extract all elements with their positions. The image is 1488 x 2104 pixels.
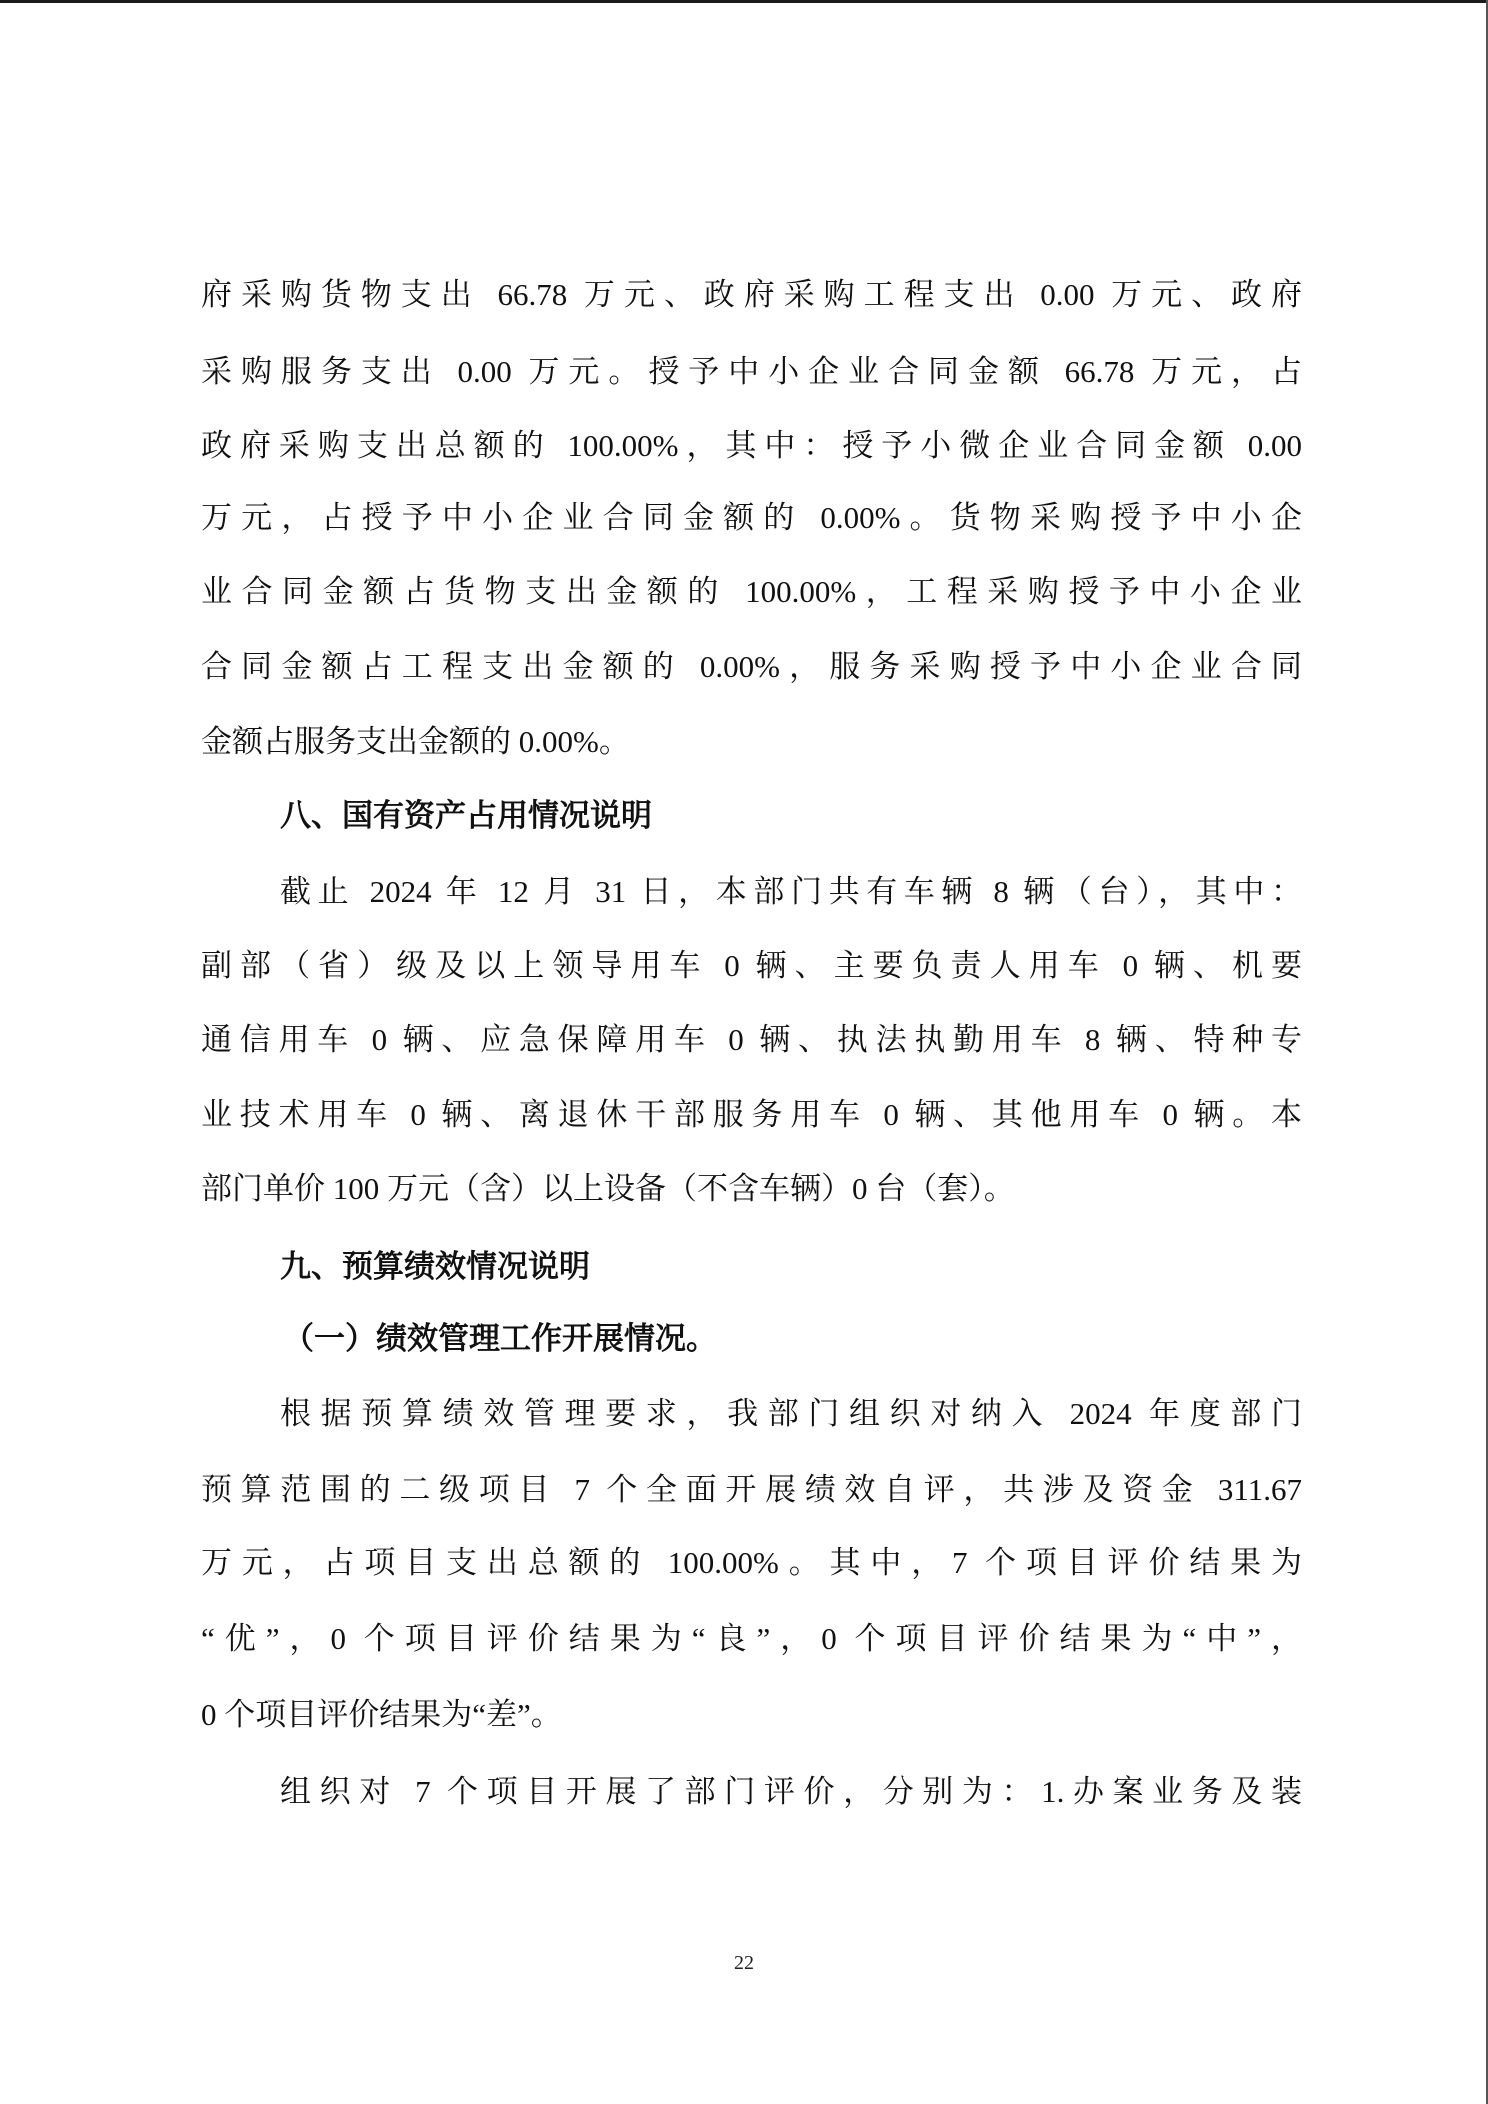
paragraph-line: 政府采购支出总额的 100.00%，其中：授予小微企业合同金额 0.00 xyxy=(201,424,1302,468)
paragraph-line: 合同金额占工程支出金额的 0.00%，服务采购授予中小企业合同 xyxy=(201,645,1302,689)
section-heading-8: 八、国有资产占用情况说明 xyxy=(280,794,652,838)
paragraph-line: 截止 2024 年 12 月 31 日，本部门共有车辆 8 辆（台），其中： xyxy=(280,870,1302,914)
paragraph-line: “优”，0 个项目评价结果为“良”，0 个项目评价结果为“中”， xyxy=(201,1617,1302,1661)
paragraph-line: 根据预算绩效管理要求，我部门组织对纳入 2024 年度部门 xyxy=(280,1392,1302,1436)
paragraph-line: 0 个项目评价结果为“差”。 xyxy=(201,1693,1302,1737)
page-number: 22 xyxy=(0,1952,1488,1975)
paragraph-line: 业合同金额占货物支出金额的 100.00%，工程采购授予中小企业 xyxy=(201,570,1302,614)
subsection-heading: （一）绩效管理工作开展情况。 xyxy=(283,1317,717,1361)
paragraph-line: 组织对 7 个项目开展了部门评价，分别为：1.办案业务及装 xyxy=(280,1770,1302,1814)
paragraph-line: 副部（省）级及以上领导用车 0 辆、主要负责人用车 0 辆、机要 xyxy=(201,944,1302,988)
paragraph-line: 万元，占授予中小企业合同金额的 0.00%。货物采购授予中小企 xyxy=(201,496,1302,540)
document-page: 府采购货物支出 66.78 万元、政府采购工程支出 0.00 万元、政府 采购服… xyxy=(0,0,1488,2104)
section-heading-9: 九、预算绩效情况说明 xyxy=(280,1245,590,1289)
paragraph-line: 通信用车 0 辆、应急保障用车 0 辆、执法执勤用车 8 辆、特种专 xyxy=(201,1018,1302,1062)
paragraph-line: 预算范围的二级项目 7 个全面开展绩效自评，共涉及资金 311.67 xyxy=(201,1468,1302,1512)
paragraph-line: 府采购货物支出 66.78 万元、政府采购工程支出 0.00 万元、政府 xyxy=(201,273,1302,317)
paragraph-line: 部门单价 100 万元（含）以上设备（不含车辆）0 台（套）。 xyxy=(201,1167,1302,1211)
paragraph-line: 采购服务支出 0.00 万元。授予中小企业合同金额 66.78 万元，占 xyxy=(201,350,1302,394)
paragraph-line: 金额占服务支出金额的 0.00%。 xyxy=(201,720,1302,764)
paragraph-line: 万元，占项目支出总额的 100.00%。其中，7 个项目评价结果为 xyxy=(201,1541,1302,1585)
paragraph-line: 业技术用车 0 辆、离退休干部服务用车 0 辆、其他用车 0 辆。本 xyxy=(201,1093,1302,1137)
